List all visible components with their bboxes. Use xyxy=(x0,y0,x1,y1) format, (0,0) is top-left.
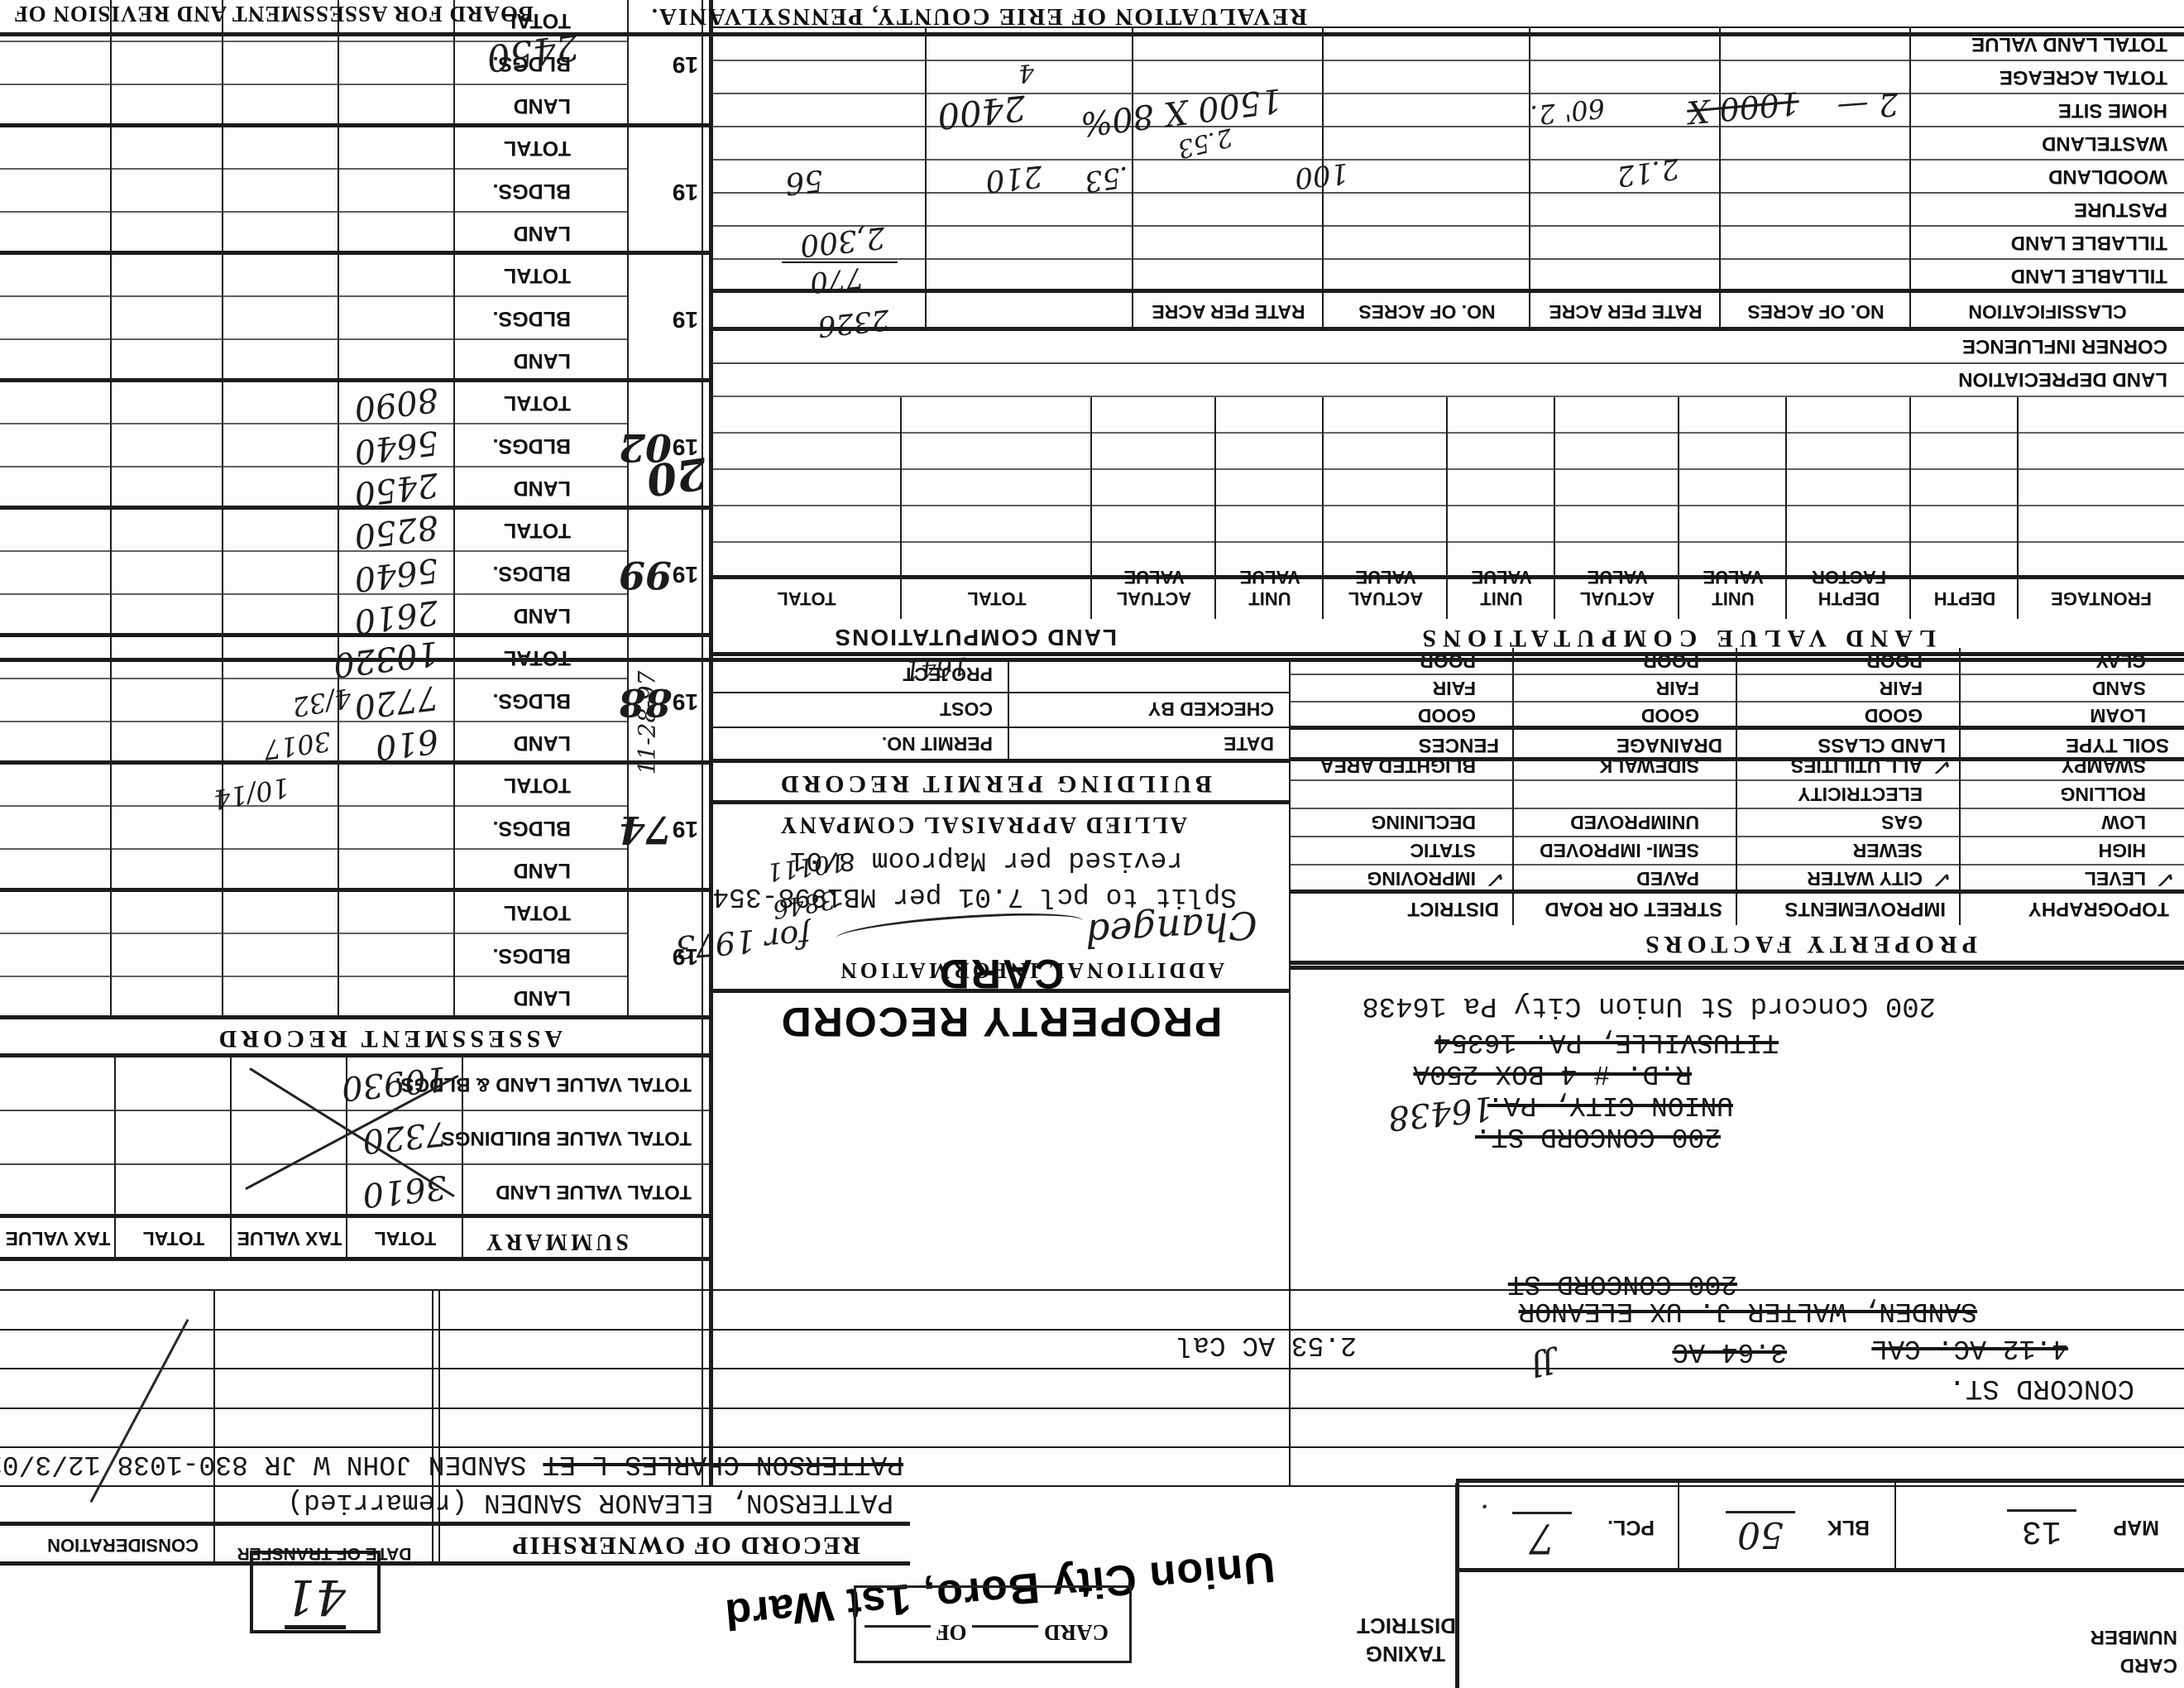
block-year-prefix-5: 19 xyxy=(673,306,698,333)
map-value: 13 xyxy=(2007,1509,2076,1549)
class-header-2: RATE PER ACRE xyxy=(1530,300,1721,323)
footer-line xyxy=(0,32,2184,36)
lvc-row-4 xyxy=(711,432,2184,434)
block-rowlabel-6-0: LAND xyxy=(514,221,571,245)
factors1-cell-1-0: HIGH xyxy=(2099,839,2147,861)
block-rowlabel-3-1: BLDGS. xyxy=(493,561,571,585)
block-rowlabel-6-2: TOTAL xyxy=(504,136,571,160)
blk-pcl-divider xyxy=(1678,1483,1679,1572)
block-rowlabel-1-1: BLDGS. xyxy=(493,816,571,840)
block-rowlabel-4-2: TOTAL xyxy=(504,391,571,415)
permit-top-line xyxy=(711,800,1291,804)
class-top xyxy=(711,327,2184,331)
lvc-col-8 xyxy=(1214,397,1216,619)
factors2-header-3: FENCES xyxy=(1419,733,1499,756)
footer-left: REVALUATION OF ERIE COUNTY, PENNSYLVANIA… xyxy=(650,2,1307,30)
pcl-value: 7 xyxy=(1512,1512,1572,1562)
block-rowlabel-1-0: LAND xyxy=(514,858,571,882)
appraisal-company: ALLIED APPRAISAL COMPANY xyxy=(778,811,1187,837)
class-header-3: NO. OF ACRES xyxy=(1324,300,1530,323)
block-rowlabel-7-0: LAND xyxy=(514,94,571,117)
lvc-col-6 xyxy=(1446,397,1448,619)
block-rowlabel-1-2: TOTAL xyxy=(504,773,571,797)
block-value-2-0: 610 xyxy=(373,722,440,767)
class-col-2 xyxy=(1719,26,1721,331)
ownership-divider-1 xyxy=(438,1291,440,1566)
row-line-6 xyxy=(0,1289,2184,1291)
land-computations-title: LAND COMPUTATIONS xyxy=(834,624,1118,650)
card-of-text: CARD OF xyxy=(864,1619,1109,1645)
summary-value-0: 3610 xyxy=(361,1168,448,1214)
owner-previous: PATTERSON CHARLES L ET SANDEN JOHN W JR … xyxy=(0,1449,903,1479)
factors2-col-3 xyxy=(1512,648,1514,761)
row-line-3 xyxy=(0,1407,2184,1409)
lvc-top-line xyxy=(0,658,2184,662)
checked-by-label: CHECKED BY xyxy=(1148,698,1274,720)
summary-row-line-1 xyxy=(0,1110,711,1111)
factors1-header-3: DISTRICT xyxy=(1407,897,1499,920)
handwritten-pencil-770: 770 xyxy=(808,261,865,300)
block-v2-6 xyxy=(222,127,223,255)
factors2-cell-1-2: FAIR xyxy=(1656,677,1699,699)
lvc-title: LAND VALUE COMPUTATIONS xyxy=(1415,624,1936,652)
class-row-label-0: TILLABLE LAND xyxy=(2011,264,2167,287)
class-col-5 xyxy=(1132,26,1133,331)
block-v2-4 xyxy=(222,382,223,510)
assessment-col-header-1: TAX VALUE xyxy=(232,1227,347,1249)
block-labelcol-5 xyxy=(453,255,455,382)
block-year-extra-4: 20 xyxy=(644,447,710,505)
map-label: MAP xyxy=(2113,1515,2159,1539)
class-row-line-2 xyxy=(711,192,2184,194)
factors1-cell-2-1: GAS xyxy=(1881,811,1923,833)
summary-val-line1-1 xyxy=(462,1110,463,1164)
block-year-prefix-7: 19 xyxy=(673,51,698,78)
handwritten-total-acreage: 4 xyxy=(1017,57,1035,88)
handwritten-checked-by: 4/32 xyxy=(290,682,353,723)
block-rowlabel-6-1: BLDGS. xyxy=(493,179,571,203)
pcl-dot: . xyxy=(1480,1498,1489,1531)
factors2-cell-1-3: FAIR xyxy=(1433,677,1476,699)
class-row-line-0 xyxy=(711,258,2184,260)
factors2-top-line xyxy=(1291,757,2184,761)
of-label: OF xyxy=(936,1620,967,1645)
block-rowline-6-2 xyxy=(0,168,629,170)
summary-val-line3-1 xyxy=(230,1110,232,1164)
check-icon-0-3: ✓ xyxy=(1483,863,1508,894)
summary-val-line4-2 xyxy=(114,1057,116,1110)
block-rowline-1-2 xyxy=(0,805,629,807)
block-labelcol-6 xyxy=(453,127,455,255)
factors2-col-2 xyxy=(1736,648,1737,761)
class-row-line-3 xyxy=(711,159,2184,161)
block-bottom-6 xyxy=(0,123,711,127)
lvc-header-5: UNIT VALUE xyxy=(1448,566,1555,609)
mail-line3: R.D. # 4 BOX 250A xyxy=(1413,1058,1692,1089)
block-rowlabel-5-1: BLDGS. xyxy=(493,306,571,330)
block-value-3-2: 8250 xyxy=(352,507,441,555)
block-rowlabel-0-1: BLDGS. xyxy=(493,943,571,967)
assessment-col-line-0 xyxy=(462,1218,463,1258)
block-value-3-1: 5640 xyxy=(352,550,441,598)
handwritten-pasture-value2: 56 xyxy=(783,163,825,201)
factors2-header-0: SOIL TYPE xyxy=(2066,733,2169,756)
factors1-cell-0-2: PAVED xyxy=(1636,867,1699,890)
block-rowline-2-1 xyxy=(0,721,629,722)
block-rowline-2-2 xyxy=(0,678,629,679)
factors1-cell-1-1: SEWER xyxy=(1853,839,1923,861)
factors1-cell-1-3: STATIC xyxy=(1410,839,1476,861)
of-blank xyxy=(864,1625,931,1628)
assessment-col-line-3 xyxy=(114,1218,116,1258)
summary-val-line2-0 xyxy=(346,1164,347,1218)
pencil-sum-line xyxy=(782,261,898,263)
assessment-col-header-2: TOTAL xyxy=(116,1227,232,1249)
lvc-col-1 xyxy=(2017,397,2019,619)
factors-top-line2 xyxy=(1291,961,2184,965)
block-year-prefix-1: 19 xyxy=(673,816,698,842)
block-v1-4 xyxy=(338,382,339,510)
lvc-header-4: ACTUAL VALUE xyxy=(1555,566,1679,609)
block-bottom-1 xyxy=(0,760,711,765)
owner-old-struck: SANDEN, WALTER J. UX ELEANOR xyxy=(1519,1296,1978,1326)
permit-row-line1 xyxy=(711,727,1291,728)
block-labelcol-2 xyxy=(453,637,455,765)
block-bottom-5 xyxy=(0,251,711,255)
acreage-old: 4.12 AC. CAL xyxy=(1871,1333,2068,1364)
ownership-divider-2 xyxy=(213,1291,215,1566)
pcl-label: PCL. xyxy=(1607,1515,1655,1539)
factors2-col-1 xyxy=(1959,648,1961,761)
block-labelcol-1 xyxy=(453,765,455,892)
taxing-district-label-2: DISTRICT xyxy=(1357,1613,1456,1638)
address-old-struck: 200 CONCORD ST xyxy=(1508,1268,1737,1299)
block-rowline-6-1 xyxy=(0,211,629,213)
class-row-line-6 xyxy=(711,60,2184,61)
factors1-cell-3-0: ROLLING xyxy=(2061,783,2147,805)
class-col-3 xyxy=(1529,26,1530,331)
factors-top-line xyxy=(1291,966,2184,970)
block-v3-6 xyxy=(110,127,112,255)
lvc-left-row-0: LAND DEPRECIATION xyxy=(1958,367,2167,391)
class-row-line-1 xyxy=(711,225,2184,227)
block-v2-5 xyxy=(222,255,223,382)
block-v3-5 xyxy=(110,255,112,382)
owner-previous-rest: SANDEN JOHN W JR 830-1038 12/3/01 aff xyxy=(0,1449,543,1479)
block-rowlabel-5-0: LAND xyxy=(514,348,571,372)
block-rowline-5-1 xyxy=(0,338,629,340)
factors2-row-line-2 xyxy=(1291,674,2184,675)
street-description: CONCORD ST. xyxy=(1949,1372,2134,1403)
block-v3-4 xyxy=(110,382,112,510)
check-icon-0-0: ✓ xyxy=(2153,863,2178,894)
summary-header-line xyxy=(0,1214,711,1218)
block-v1-3 xyxy=(338,510,339,637)
handwritten-vertical-date: 11-28-97 xyxy=(634,671,661,775)
acreage-hw-mark: ȷȷ xyxy=(1529,1346,1559,1393)
handwritten-home-site-rate1: 1000 X xyxy=(1685,84,1800,131)
permit-row-line2 xyxy=(711,692,1291,693)
block-year-hw-1: 74 xyxy=(619,808,672,852)
factors2-cell-0-0: LOAM xyxy=(2090,704,2146,727)
block-labelcol-3 xyxy=(453,510,455,637)
lvc-header-10: TOTAL xyxy=(711,587,902,609)
block-rowline-1-1 xyxy=(0,848,629,850)
revised-note: revised per Maproom 8/01 xyxy=(790,845,1183,875)
row-line-5 xyxy=(0,1329,2184,1331)
lvc-header-3: UNIT VALUE xyxy=(1679,566,1787,609)
block-v2-0 xyxy=(222,892,223,1019)
class-col-1 xyxy=(1909,26,1911,331)
mail-current: 200 Concord St Union City Pa 16438 xyxy=(1362,990,1936,1021)
factors1-cell-0-1: CITY WATER xyxy=(1807,867,1923,890)
block-rowlabel-3-0: LAND xyxy=(514,603,571,627)
handwritten-pencil-1641: 1641 xyxy=(904,650,970,683)
summary-row-label-0: TOTAL VALUE LAND xyxy=(496,1180,692,1203)
lvc-col-5 xyxy=(1554,397,1555,619)
assessment-col-header-3: TAX VALUE xyxy=(0,1227,116,1249)
map-strip-right-border xyxy=(1455,1483,1459,1688)
lvc-left-rowline-0 xyxy=(711,362,2184,364)
block-rowline-4-1 xyxy=(0,466,629,468)
lvc-header-9: TOTAL xyxy=(902,587,1092,609)
assessment-col-line-2 xyxy=(230,1218,232,1258)
block-bottom-0 xyxy=(0,888,711,892)
class-row-label-4: WASTELAND xyxy=(2042,132,2167,155)
class-row-label-1: TILLABLE LAND xyxy=(2011,231,2167,254)
factors2-cell-0-3: GOOD xyxy=(1418,704,1476,727)
block-v1-5 xyxy=(338,255,339,382)
block-rowline-0-1 xyxy=(0,976,629,977)
lvc-header-6: ACTUAL VALUE xyxy=(1324,566,1448,609)
summary-val-line3-0 xyxy=(230,1164,232,1218)
lvc-col-2 xyxy=(1909,397,1911,619)
center-column-left-border xyxy=(1289,659,1291,1487)
scanned-page: CARD NUMBER TAXING DISTRICT Union City B… xyxy=(0,0,2184,1688)
title-underline xyxy=(711,989,1291,993)
block-rowlabel-0-2: TOTAL xyxy=(504,900,571,924)
block-yearcol-7 xyxy=(627,0,629,127)
summary-val-line4-0 xyxy=(114,1164,116,1218)
assessment-col-headers: TOTALTAX VALUETOTALTAX VALUE xyxy=(0,1218,463,1258)
handwritten-pasture-rate: 100 xyxy=(1293,156,1350,195)
property-record-card: CARD NUMBER TAXING DISTRICT Union City B… xyxy=(0,0,2184,1688)
handwritten-pasture-acres2: .53 xyxy=(1082,159,1131,198)
block-v1-6 xyxy=(338,127,339,255)
assessment-title: ASSESSMENT RECORD xyxy=(215,1024,563,1053)
block-rowlabel-2-1: BLDGS. xyxy=(493,688,571,712)
factors1-row-line-4 xyxy=(1291,779,2184,781)
summary-val-line4-1 xyxy=(114,1110,116,1164)
permit-header-line xyxy=(711,759,1291,763)
class-row-label-2: PASTURE xyxy=(2074,198,2167,221)
map-strip-top-line xyxy=(1456,1568,2184,1572)
factors1-header-2: STREET OR ROAD xyxy=(1545,897,1722,920)
handwritten-pasture-acres: 2.12 xyxy=(1615,151,1682,193)
factors-title: PROPERTY FACTORS xyxy=(1640,930,1977,958)
block-rowline-5-2 xyxy=(0,295,629,297)
block-rowlabel-4-0: LAND xyxy=(514,476,571,500)
block-rowline-3-1 xyxy=(0,593,629,595)
handwritten-squiggle xyxy=(835,908,1085,952)
lvc-row-3 xyxy=(711,468,2184,470)
ownership-divider-1b xyxy=(432,1291,433,1566)
summary-val-line2-1 xyxy=(346,1110,347,1164)
factors1-header-line xyxy=(1291,890,2184,894)
taxing-district-label-1: TAXING xyxy=(1366,1641,1445,1666)
card-blank xyxy=(972,1625,1038,1628)
mail-line1: 200 CONCORD ST. xyxy=(1475,1121,1721,1152)
handwritten-home-site-total: 2400 xyxy=(936,88,1027,137)
additional-info-title: ADDITIONAL INFORMATION xyxy=(837,957,1224,983)
ownership-col-date: DATE OF TRANSFER xyxy=(225,1544,424,1562)
footer-right: BOARD FOR ASSESSMENT AND REVISION OF TAX… xyxy=(0,0,534,26)
main-vertical-border xyxy=(709,0,713,1487)
factors1-header-1: IMPROVEMENTS xyxy=(1784,897,1946,920)
lvc-col-10 xyxy=(900,397,902,619)
card-number-label-2: NUMBER xyxy=(2091,1625,2177,1648)
factors2-cell-0-1: GOOD xyxy=(1865,704,1923,727)
block-rowline-7-1 xyxy=(0,84,629,85)
block-yearcol-6 xyxy=(627,127,629,255)
lvc-left-row-1: CORNER INFLUENCE xyxy=(1962,334,2167,357)
factors1-cell-1-2: SEMI- IMPROVED xyxy=(1540,839,1699,861)
factors1-cell-0-3: IMPROVING xyxy=(1367,867,1476,890)
class-header-1: NO. OF ACRES xyxy=(1721,300,1911,323)
lvc-header-1: DEPTH xyxy=(1911,587,2019,609)
permit-title: BUILDING PERMIT RECORD xyxy=(777,770,1212,798)
blk-label: BLK xyxy=(1827,1515,1870,1539)
block-rowline-3-2 xyxy=(0,550,629,552)
handwritten-pasture-value: 210 xyxy=(984,159,1044,199)
lvc-col-9 xyxy=(1090,397,1092,619)
class-row-label-3: WOODLAND xyxy=(2048,165,2167,188)
ownership-top-line xyxy=(0,1561,910,1566)
class-header-bottom xyxy=(711,289,2184,293)
block-rowline-4-2 xyxy=(0,423,629,424)
mail-line2: UNION CITY, PA. xyxy=(1487,1090,1733,1120)
block-year-hw-3: 99 xyxy=(619,553,672,597)
lvc-row-1 xyxy=(711,541,2184,543)
map-blk-divider xyxy=(1894,1483,1896,1572)
lvc-header-0: FRONTAGE xyxy=(2019,587,2184,609)
assessment-title-bottom xyxy=(0,1015,711,1019)
block-rowlabel-5-2: TOTAL xyxy=(504,263,571,287)
block-rowlabel-0-0: LAND xyxy=(514,985,571,1009)
permit-date-label: DATE xyxy=(1224,732,1274,755)
block-v1-0 xyxy=(338,892,339,1019)
card-number-value: 41 xyxy=(285,1569,346,1625)
class-row-line-4 xyxy=(711,126,2184,127)
class-row-line-5 xyxy=(711,93,2184,94)
factors1-cell-0-0: LEVEL xyxy=(2085,867,2146,890)
summary-title: SUMMARY xyxy=(483,1228,629,1254)
lvc-col-3 xyxy=(1785,397,1787,619)
block-labelcol-4 xyxy=(453,382,455,510)
block-yearcol-0 xyxy=(627,892,629,1019)
factors2-row-line-1 xyxy=(1291,701,2184,703)
row-line-4 xyxy=(0,1368,2184,1369)
block-v2-2 xyxy=(222,637,223,765)
lvc-col-7 xyxy=(1322,397,1324,619)
handwritten-pencil-2326: 2326 xyxy=(817,303,891,343)
block-v2-3 xyxy=(222,510,223,637)
owner-previous-struck: PATTERSON CHARLES L ET xyxy=(543,1449,903,1479)
permit-no-label: PERMIT NO. xyxy=(882,732,993,755)
handwritten-home-site-acres: 2 — xyxy=(1836,85,1899,126)
lvc-header-8: ACTUAL VALUE xyxy=(1092,566,1216,609)
summary-row-label-1: TOTAL VALUE BUILDINGS xyxy=(442,1126,692,1149)
block-labelcol-0 xyxy=(453,892,455,1019)
block-year-prefix-2: 19 xyxy=(673,688,698,715)
class-row-label-6: TOTAL ACREAGE xyxy=(2000,65,2167,89)
row-line-2 xyxy=(0,1446,2184,1448)
factors2-header-2: DRAINAGE xyxy=(1616,733,1722,756)
class-col-6 xyxy=(925,26,927,331)
summary-value-1: 7320 xyxy=(361,1114,448,1160)
factors1-cell-2-2: UNIMPROVED xyxy=(1570,811,1699,833)
factors1-row-line-1 xyxy=(1291,864,2184,866)
summary-val-line3-2 xyxy=(230,1057,232,1110)
block-year-prefix-6: 19 xyxy=(673,179,698,205)
block-value-4-1: 5640 xyxy=(352,423,441,471)
class-header-4: RATE PER ACRE xyxy=(1133,300,1324,323)
lvc-col-4 xyxy=(1678,397,1679,619)
factors1-row-line-3 xyxy=(1291,808,2184,809)
ownership-col-consideration: CONSIDERATION xyxy=(47,1534,199,1556)
block-rowlabel-3-2: TOTAL xyxy=(504,518,571,542)
block-v3-0 xyxy=(110,892,112,1019)
mail-line4: TITUSVILLE, PA. 16354 xyxy=(1434,1027,1779,1057)
summary-val-line1-0 xyxy=(462,1164,463,1218)
block-v1-1 xyxy=(338,765,339,892)
assessment-col-line-1 xyxy=(346,1218,347,1258)
check-icon-0-1: ✓ xyxy=(1930,863,1955,894)
block-value-2-1: 7720 xyxy=(352,678,441,726)
card-label: CARD xyxy=(1044,1620,1109,1645)
cost-label: COST xyxy=(940,698,993,720)
block-year-prefix-3: 19 xyxy=(673,561,698,587)
block-v3-2 xyxy=(110,637,112,765)
main-vertical-border2 xyxy=(702,0,703,1487)
lvc-row-5 xyxy=(711,396,2184,397)
factors2-header-1: LAND CLASS xyxy=(1818,733,1946,756)
lvc-header-2: DEPTH FACTOR xyxy=(1787,566,1911,609)
permit-col-divider xyxy=(1008,660,1009,763)
factors1-header-0: TOPOGRAPHY xyxy=(2028,897,2169,920)
factors2-cell-1-1: FAIR xyxy=(1880,677,1923,699)
lvc-row-2 xyxy=(711,505,2184,506)
summary-val-line1-2 xyxy=(462,1057,463,1110)
class-header-0: CLASSIFICATION xyxy=(1911,300,2184,323)
factors2-cell-0-2: GOOD xyxy=(1641,704,1699,727)
block-v3-3 xyxy=(110,510,112,637)
factors1-row-line-2 xyxy=(1291,836,2184,837)
block-v3-1 xyxy=(110,765,112,892)
summary-value-2: 10930 xyxy=(340,1058,448,1107)
block-value-4-2: 8090 xyxy=(352,380,441,428)
ownership-title: RECORD OF OWNERSHIP xyxy=(510,1531,860,1561)
assessment-col-header-0: TOTAL xyxy=(347,1227,463,1249)
acreage-current: 2.53 AC Cal xyxy=(1176,1330,1357,1360)
class-row-label-5: HOME SITE xyxy=(2058,98,2167,122)
lvc-header-7: UNIT VALUE xyxy=(1216,566,1324,609)
factors1-cell-2-3: DECLINING xyxy=(1372,811,1477,833)
blk-value: 50 xyxy=(1726,1511,1795,1556)
factors2-cell-1-0: SAND xyxy=(2092,677,2146,699)
factors1-cell-2-0: LOW xyxy=(2101,811,2146,833)
acreage-mid: 3.64 AC xyxy=(1672,1336,1787,1367)
